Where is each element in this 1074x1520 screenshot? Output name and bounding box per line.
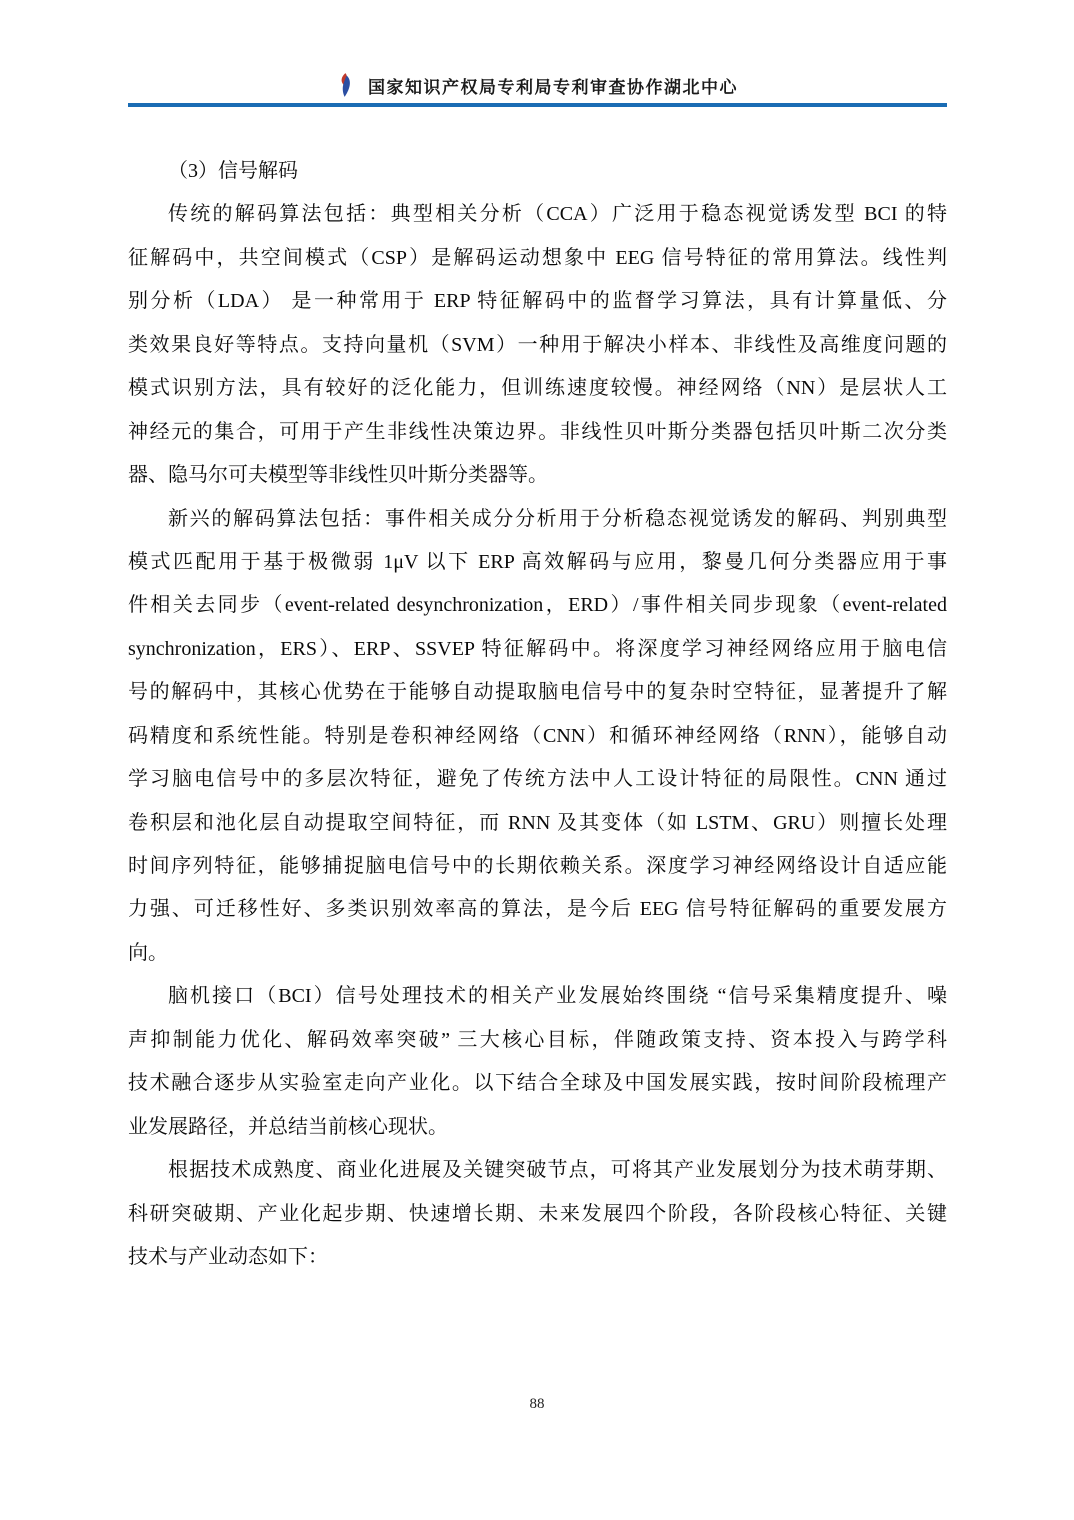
text-line: 模式匹配用于基于极微弱 1μV 以下 ERP 高效解码与应用，黎曼几何分类器应用… [128, 541, 947, 584]
text-line: 业发展路径，并总结当前核心现状。 [128, 1106, 947, 1149]
text-line: 向。 [128, 932, 947, 975]
paragraph: 脑机接口（BCI）信号处理技术的相关产业发展始终围绕 “信号采集精度提升、噪声抑… [128, 975, 947, 1149]
text-line: synchronization，ERS）、ERP、SSVEP 特征解码中。将深度… [128, 628, 947, 671]
paragraphs-container: 传统的解码算法包括：典型相关分析（CCA）广泛用于稳态视觉诱发型 BCI 的特征… [128, 193, 947, 1279]
text-line: 模式识别方法，具有较好的泛化能力，但训练速度较慢。神经网络（NN）是层状人工 [128, 367, 947, 410]
org-name: 国家知识产权局专利局专利审查协作湖北中心 [368, 73, 738, 98]
text-line: 征解码中，共空间模式（CSP）是解码运动想象中 EEG 信号特征的常用算法。线性… [128, 237, 947, 280]
sipo-logo-icon [337, 72, 354, 98]
paragraph: 传统的解码算法包括：典型相关分析（CCA）广泛用于稳态视觉诱发型 BCI 的特征… [128, 193, 947, 497]
paragraph: 新兴的解码算法包括：事件相关成分分析用于分析稳态视觉诱发的解码、判别典型模式匹配… [128, 498, 947, 976]
text-line: 件相关去同步（event-related desynchronization，E… [128, 584, 947, 627]
header-divider [128, 103, 947, 107]
section-heading: （3）信号解码 [128, 150, 947, 193]
text-line: 时间序列特征，能够捕捉脑电信号中的长期依赖关系。深度学习神经网络设计自适应能 [128, 845, 947, 888]
text-line: 科研突破期、产业化起步期、快速增长期、未来发展四个阶段，各阶段核心特征、关键 [128, 1193, 947, 1236]
text-line: 力强、可迁移性好、多类识别效率高的算法，是今后 EEG 信号特征解码的重要发展方 [128, 888, 947, 931]
text-line: 器、隐马尔可夫模型等非线性贝叶斯分类器等。 [128, 454, 947, 497]
text-line: 新兴的解码算法包括：事件相关成分分析用于分析稳态视觉诱发的解码、判别典型 [128, 498, 947, 541]
page-number: 88 [0, 1396, 1074, 1413]
document-body: （3）信号解码 传统的解码算法包括：典型相关分析（CCA）广泛用于稳态视觉诱发型… [128, 150, 947, 1279]
text-line: 技术融合逐步从实验室走向产业化。以下结合全球及中国发展实践，按时间阶段梳理产 [128, 1062, 947, 1105]
page-header: 国家知识产权局专利局专利审查协作湖北中心 [128, 66, 947, 104]
text-line: 传统的解码算法包括：典型相关分析（CCA）广泛用于稳态视觉诱发型 BCI 的特 [128, 193, 947, 236]
text-line: 号的解码中，其核心优势在于能够自动提取脑电信号中的复杂时空特征，显著提升了解 [128, 671, 947, 714]
text-line: 脑机接口（BCI）信号处理技术的相关产业发展始终围绕 “信号采集精度提升、噪 [128, 975, 947, 1018]
text-line: 别分析（LDA） 是一种常用于 ERP 特征解码中的监督学习算法，具有计算量低、… [128, 280, 947, 323]
paragraph: 根据技术成熟度、商业化进展及关键突破节点，可将其产业发展划分为技术萌芽期、科研突… [128, 1149, 947, 1279]
text-line: 码精度和系统性能。特别是卷积神经网络（CNN）和循环神经网络（RNN），能够自动 [128, 715, 947, 758]
text-line: 神经元的集合，可用于产生非线性决策边界。非线性贝叶斯分类器包括贝叶斯二次分类 [128, 411, 947, 454]
text-line: 根据技术成熟度、商业化进展及关键突破节点，可将其产业发展划分为技术萌芽期、 [128, 1149, 947, 1192]
document-page: 国家知识产权局专利局专利审查协作湖北中心 （3）信号解码 传统的解码算法包括：典… [0, 0, 1074, 1520]
text-line: 卷积层和池化层自动提取空间特征，而 RNN 及其变体（如 LSTM、GRU）则擅… [128, 802, 947, 845]
text-line: 声抑制能力优化、解码效率突破” 三大核心目标，伴随政策支持、资本投入与跨学科 [128, 1019, 947, 1062]
text-line: 学习脑电信号中的多层次特征，避免了传统方法中人工设计特征的局限性。CNN 通过 [128, 758, 947, 801]
text-line: 类效果良好等特点。支持向量机（SVM）一种用于解决小样本、非线性及高维度问题的 [128, 324, 947, 367]
text-line: 技术与产业动态如下： [128, 1236, 947, 1279]
